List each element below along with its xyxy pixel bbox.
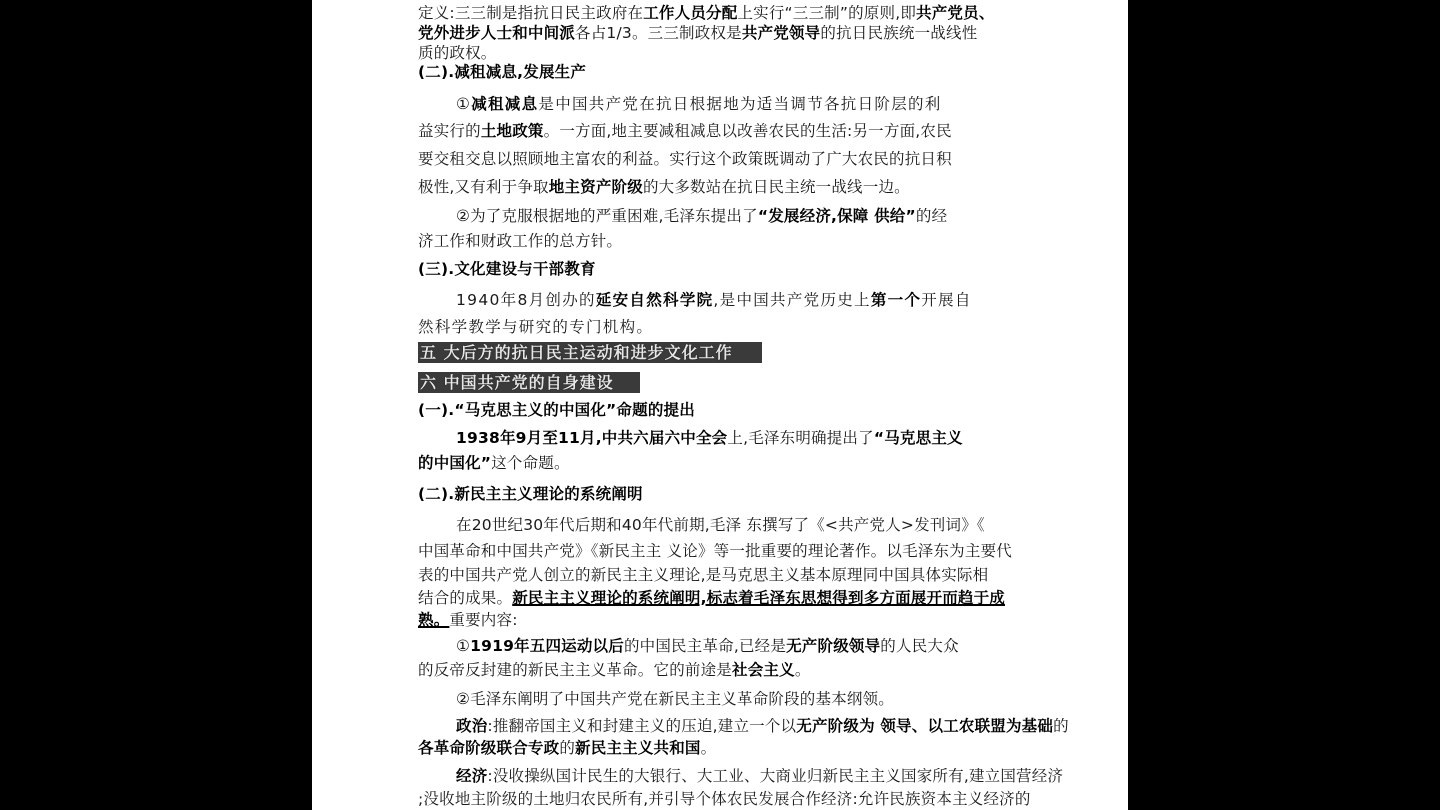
paragraph-line: 经济:没收操纵国计民生的大银行、大工业、大商业归新民主主义国家所有,建立国营经济 (456, 767, 1063, 785)
heading-sinicization-marxism: (一).“马克思主义的中国化”命题的提出 (418, 401, 695, 419)
paragraph-line: 各革命阶级联合专政的新民主主义共和国。 (418, 739, 716, 757)
paragraph-line: 在20世纪30年代后期和40年代前期,毛泽 东撰写了《<共产党人>发刊词》《 (456, 516, 985, 534)
paragraph-line: 的反帝反封建的新民主主义革命。它的前途是社会主义。 (418, 661, 811, 679)
paragraph-line: 的中国化”这个命题。 (418, 454, 570, 472)
paragraph-line: 然科学教学与研究的专门机构。 (418, 318, 653, 336)
bold-term: 党外进步人士和中间派 (418, 24, 575, 42)
definition-line-3: 质的政权。 (418, 44, 497, 62)
paragraph-line: 1940年8月创办的延安自然科学院,是中国共产党历史上第一个开展自 (456, 291, 972, 309)
underlined-emphasis: 新民主主义理论的系统阐明,标志着毛泽东思想得到多方面展开而趋于成 (512, 589, 1005, 607)
paragraph-line: 极性,又有利于争取地主资产阶级的大多数站在抗日民主统一战线一边。 (418, 178, 910, 196)
paragraph-line: ;没收地主阶级的土地归农民所有,并引导个体农民发展合作经济:允许民族资本主义经济… (418, 790, 1031, 808)
section-heading-5: 五 大后方的抗日民主运动和进步文化工作 (418, 342, 762, 363)
heading-culture-education: (三).文化建设与干部教育 (418, 260, 596, 278)
paragraph-line: 结合的成果。新民主主义理论的系统阐明,标志着毛泽东思想得到多方面展开而趋于成 (418, 589, 1005, 607)
paragraph-line: 1938年9月至11月,中共六届六中全会上,毛泽东明确提出了“马克思主义 (456, 429, 963, 447)
paragraph-line: ①1919年五四运动以后的中国民主革命,已经是无产阶级领导的人民大众 (456, 637, 959, 655)
paragraph-line: 政治:推翻帝国主义和封建主义的压迫,建立一个以无产阶级为 领导、以工农联盟为基础… (456, 717, 1069, 735)
paragraph-line: 益实行的土地政策。一方面,地主要减租减息以改善农民的生活:另一方面,农民 (418, 122, 952, 140)
section-heading-6: 六 中国共产党的自身建设 (418, 372, 640, 393)
heading-new-democracy-theory: (二).新民主主义理论的系统阐明 (418, 485, 643, 503)
paragraph-line: 济工作和财政工作的总方针。 (418, 232, 622, 250)
heading-rent-reduction: (二).减租减息,发展生产 (418, 63, 586, 81)
paragraph-line: ②为了克服根据地的严重困难,毛泽东提出了“发展经济,保障 供给”的经 (456, 207, 947, 225)
underlined-emphasis: 熟。 (418, 611, 449, 629)
paragraph-line: 要交租交息以照顾地主富农的利益。实行这个政策既调动了广大农民的抗日积 (418, 150, 952, 168)
paragraph-line: ①减租减息是中国共产党在抗日根据地为适当调节各抗日阶层的利 (456, 95, 942, 113)
paragraph-line: 表的中国共产党人创立的新民主主义理论,是马克思主义基本原理同中国具体实际相 (418, 566, 988, 584)
bold-term: 共产党员、 (916, 4, 995, 22)
bold-term: 共产党领导 (742, 24, 821, 42)
paragraph-line: ②毛泽东阐明了中国共产党在新民主主义革命阶段的基本纲领。 (456, 690, 894, 708)
paragraph-line: 熟。重要内容: (418, 611, 518, 629)
bold-term: 工作人员分配 (643, 4, 737, 22)
definition-line-1: 定义:三三制是指抗日民主政府在工作人员分配上实行“三三制”的原则,即共产党员、 (418, 4, 995, 22)
document-page: 定义:三三制是指抗日民主政府在工作人员分配上实行“三三制”的原则,即共产党员、 … (312, 0, 1128, 810)
definition-line-2: 党外进步人士和中间派各占1/3。三三制政权是共产党领导的抗日民族统一战线性 (418, 24, 977, 42)
paragraph-line: 中国革命和中国共产党》《新民主主 义论》等一批重要的理论著作。以毛泽东为主要代 (418, 542, 1012, 560)
